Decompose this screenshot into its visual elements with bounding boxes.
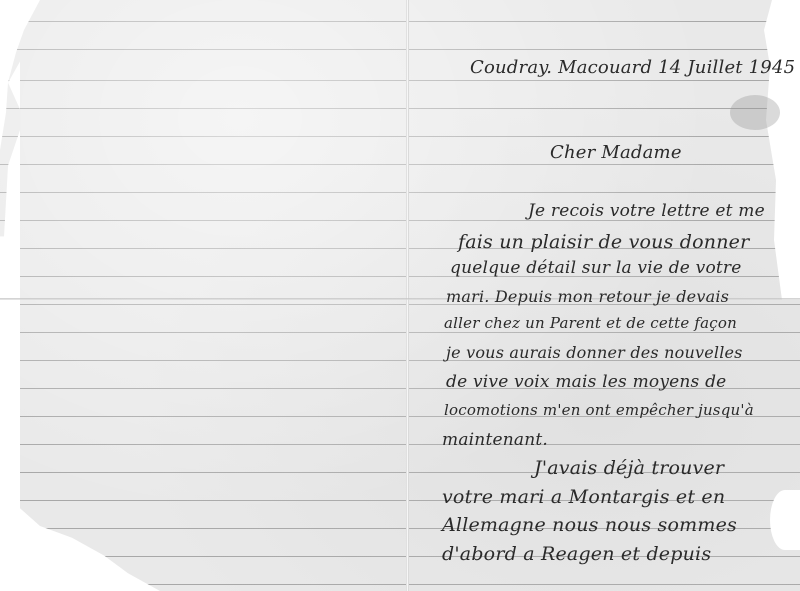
letter-line: je vous aurais donner des nouvelles bbox=[446, 343, 743, 363]
letter-line: aller chez un Parent et de cette façon bbox=[444, 313, 737, 333]
letter-line: locomotions m'en ont empêcher jusqu'à bbox=[444, 400, 754, 420]
letter-line: Je recois votre lettre et me bbox=[528, 201, 765, 221]
right-page-text: Coudray. Macouard 14 Juillet 1945 Cher M… bbox=[440, 0, 800, 591]
vertical-fold-crease bbox=[406, 0, 409, 591]
letter-line: Allemagne nous nous sommes bbox=[442, 515, 737, 535]
letter-line: fais un plaisir de vous donner bbox=[458, 232, 749, 252]
left-page-blank bbox=[0, 0, 406, 591]
letter-line: quelque détail sur la vie de votre bbox=[450, 258, 742, 278]
letter-salutation: Cher Madame bbox=[550, 143, 682, 163]
letter-line: maintenant. bbox=[442, 430, 548, 450]
letter-line: mari. Depuis mon retour je devais bbox=[446, 287, 729, 307]
letter-line: votre mari a Montargis et en bbox=[442, 487, 725, 507]
letter-line: de vive voix mais les moyens de bbox=[446, 372, 726, 392]
letter-line: d'abord a Reagen et depuis bbox=[442, 544, 711, 564]
letter-heading: Coudray. Macouard 14 Juillet 1945 bbox=[470, 58, 795, 78]
letter-line: J'avais déjà trouver bbox=[534, 458, 724, 478]
